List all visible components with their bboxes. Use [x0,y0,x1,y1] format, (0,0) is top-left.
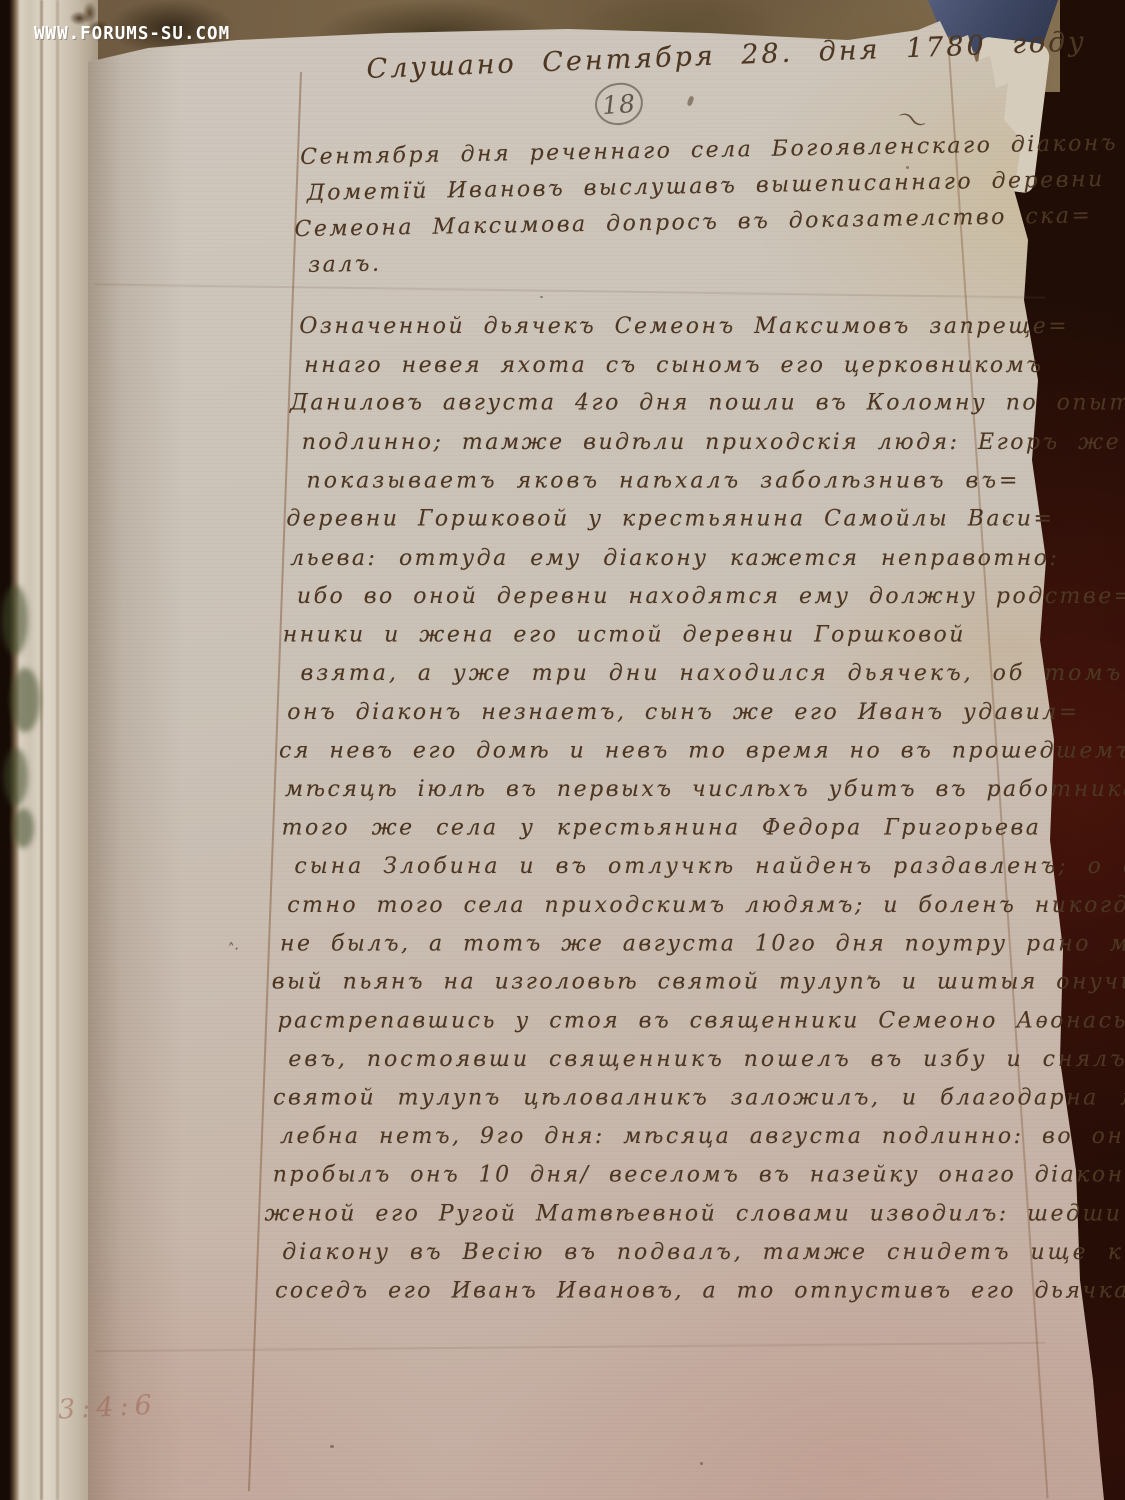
manuscript-line: вый пьянъ на изголовьѣ святой тулупъ и ш… [272,964,1125,1003]
book-edge-stack [0,0,98,1500]
manuscript-line: подлинно; тамже видѣли приходскія людя: … [302,424,1125,463]
manuscript-line: стно того села приходскимъ людямъ; и бол… [287,887,1125,926]
manuscript-line: мѣсяцѣ іюлѣ въ первыхъ числѣхъ убитъ въ … [285,771,1125,810]
manuscript-line: показываетъ яковъ наѣхалъ заболѣзнивъ въ… [307,463,1125,502]
edge-streak [56,0,59,1500]
manuscript-line: не былъ, а тотъ же августа 10го дня поут… [280,925,1125,964]
intro-paragraph: Сентября дня реченнаго села Богоявленска… [300,126,1120,284]
ink-speck [540,296,543,298]
manuscript-line: сына Злобина и въ отлучкѣ найденъ раздав… [294,848,1125,887]
manuscript-line: нники и жена его истой деревни Горшковой [283,616,1125,655]
watermark: WWW.FORUMS-SU.COM [34,24,230,44]
page-number: 18 [601,88,637,119]
ink-speck [700,1462,703,1465]
manuscript-line: лебна нетъ, 9го дня: мѣсяца августа подл… [280,1118,1125,1157]
manuscript-line: женой его Ругой Матвѣевной словами извод… [265,1195,1125,1234]
manuscript-line: того же села у крестьянина Федора Григор… [282,809,1125,848]
manuscript-line: пробылъ онъ 10 дня/ веселомъ въ назейку … [273,1157,1125,1196]
main-paragraph: Означенной дьячекъ Семеонъ Максимовъ зап… [268,308,1125,1343]
manuscript-line: онъ діаконъ незнаетъ, сынъ же его Иванъ … [287,694,1125,733]
manuscript-line: растрепавшись у стоя въ священники Семео… [278,1002,1125,1041]
manuscript-line: взята, а уже три дни находился дьячекъ, … [300,656,1125,695]
ink-speck [330,1445,334,1448]
insertion-caret-mark: ˄· [228,942,239,957]
edge-ink-smudge [10,668,40,732]
edge-ink-smudge [2,585,28,655]
manuscript-line: льева: оттуда ему діакону кажется неправ… [290,539,1125,578]
edge-ink-smudge [4,748,28,806]
manuscript-line: Означенной дьячекъ Семеонъ Максимовъ зап… [299,308,1125,347]
manuscript-line: ннаго невея яхота съ сыномъ его церковни… [304,347,1125,386]
edge-streak [40,0,43,1500]
manuscript-line: святой тулупъ цѣловалникъ заложилъ, и бл… [273,1079,1125,1118]
manuscript-line: евъ, постоявши священникъ пошелъ въ избу… [288,1041,1125,1080]
manuscript-line: ся невъ его домѣ и невъ то время но въ п… [279,732,1125,771]
bottom-left-archival-mark: 3:4:6 [57,1389,158,1425]
manuscript-line: діакону въ Весію въ подвалъ, тамже сниде… [282,1234,1125,1273]
manuscript-line: ибо во оной деревни находятся ему должну… [297,578,1125,617]
edge-ink-smudge [12,808,34,848]
manuscript-line: Даниловъ августа 4го дня пошли въ Коломн… [290,385,1125,424]
manuscript-line: соседъ его Иванъ Ивановъ, а то отпустивъ… [275,1273,1125,1312]
manuscript-line: деревни Горшковой у крестьянина Самойлы … [286,501,1125,540]
